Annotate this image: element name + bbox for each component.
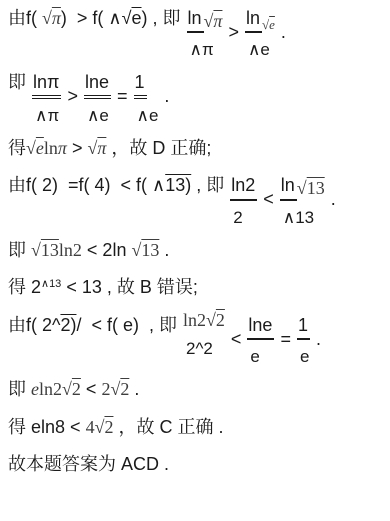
period: . bbox=[159, 239, 169, 262]
frac-ln-e-over-e: lne ∧e bbox=[84, 71, 111, 126]
text-run: 由f( bbox=[8, 7, 42, 30]
text-run: 即 bbox=[8, 71, 26, 94]
sqrt-2: √2 bbox=[95, 416, 114, 439]
text-run: 得 2 bbox=[8, 276, 41, 299]
radicand: 13 bbox=[307, 178, 325, 198]
denominator: ∧13 bbox=[283, 207, 314, 229]
numerator: 1 bbox=[134, 71, 147, 98]
radicand: 13 bbox=[141, 240, 159, 260]
numerator-ln: ln bbox=[187, 7, 204, 33]
numerator-one: 1 bbox=[134, 71, 147, 98]
solution-line-10: 故本题答案为 ACD . bbox=[8, 453, 388, 476]
denominator: ∧e bbox=[248, 39, 270, 61]
denominator: e bbox=[300, 346, 309, 368]
numerator-lne: lne bbox=[247, 314, 274, 340]
ln-text: ln bbox=[44, 138, 58, 158]
four-text: 4 bbox=[86, 416, 95, 439]
numerator-ln: ln bbox=[245, 7, 262, 33]
solution-line-2: 即 lnπ ∧π > lne ∧e = 1 ∧e . bbox=[8, 71, 388, 126]
text-run: / < f( e) , 即 bbox=[76, 314, 177, 337]
radicand: 2 bbox=[104, 417, 113, 437]
numerator: ln2 bbox=[230, 174, 257, 200]
radicand: 2 bbox=[216, 310, 225, 330]
ln2-text: ln2 bbox=[59, 239, 82, 262]
denominator: 2^2 bbox=[186, 338, 213, 360]
text-run: 即 bbox=[8, 239, 31, 262]
frac-lne-over-e: lne e bbox=[247, 314, 274, 368]
less-than-sign: < bbox=[231, 328, 242, 351]
sqrt-pi: √π bbox=[42, 7, 61, 30]
numerator: ln√π bbox=[187, 7, 223, 33]
frac-ln-pi-over-pi: lnπ ∧π bbox=[32, 71, 61, 126]
frac-ln-sqrt-pi-over-pi: ln√π ∧π bbox=[187, 7, 223, 61]
ln2-text: ln2 bbox=[183, 310, 206, 330]
text-run: < 2ln bbox=[82, 239, 132, 262]
numerator: 1 bbox=[297, 314, 310, 340]
numerator: lne bbox=[84, 71, 111, 98]
conclusion-d-correct: ，故 D 正确; bbox=[106, 137, 211, 160]
sqrt-e: √e bbox=[122, 7, 142, 30]
text-run: 由f( 2^ bbox=[8, 314, 60, 337]
solution-line-7: 由f( 2^ 2) / < f( e) , 即 ln2√2 2^2 < lne … bbox=[8, 314, 388, 368]
radicand: 2 bbox=[72, 379, 81, 399]
period: . bbox=[316, 328, 321, 351]
text-run: 得 bbox=[8, 137, 26, 160]
radical-sign: √ bbox=[297, 178, 307, 198]
exponent-13: ∧13 bbox=[41, 277, 61, 291]
ln2-sqrt2: ln2√2 bbox=[183, 309, 225, 332]
solution-line-6: 得 2 ∧13 < 13 , 故 B 错误; bbox=[8, 276, 388, 299]
overlined-13: 13) bbox=[165, 174, 191, 197]
text-run: 由f( 2) =f( 4) < f( ∧ bbox=[8, 174, 165, 197]
ln-pi: lnπ bbox=[44, 137, 67, 160]
greater-than-sign: > bbox=[67, 85, 78, 108]
text-run: ) > f( ∧ bbox=[61, 7, 122, 30]
numerator-one: 1 bbox=[297, 314, 310, 340]
denominator: 2 bbox=[233, 207, 242, 229]
radical-sign: √ bbox=[122, 8, 132, 28]
e-symbol: e bbox=[31, 378, 39, 401]
numerator: ln√e bbox=[245, 7, 275, 33]
sqrt-13: √13 bbox=[31, 239, 59, 262]
radicand: π bbox=[213, 11, 222, 31]
denominator: ∧e bbox=[137, 105, 159, 127]
radical-sign: √ bbox=[110, 379, 120, 399]
greater-than-sign: > bbox=[67, 137, 88, 160]
solution-line-3: 得 √e lnπ > √π ，故 D 正确; bbox=[8, 137, 388, 160]
frac-ln2-over-2: ln2 2 bbox=[230, 174, 257, 228]
less-than-sign: < bbox=[65, 416, 86, 439]
frac-one-over-e: 1 e bbox=[297, 314, 310, 368]
math-solution-page: 由f( √π ) > f( ∧ √e ) , 即 ln√π ∧π > ln√e … bbox=[0, 0, 390, 476]
equals-sign: = bbox=[117, 85, 128, 108]
text-run: 得 eln8 bbox=[8, 416, 65, 439]
sqrt-2: √2 bbox=[62, 378, 81, 401]
radicand: e bbox=[36, 138, 44, 158]
denominator: e bbox=[250, 346, 259, 368]
solution-line-9: 得 eln8 < 4 √2 ，故 C 正确 . bbox=[8, 416, 388, 439]
denominator: ∧π bbox=[190, 39, 214, 61]
sqrt-13: √13 bbox=[297, 177, 325, 200]
radical-sign: √ bbox=[42, 8, 52, 28]
numerator-ln: ln bbox=[280, 174, 297, 200]
less-than-sign: < bbox=[263, 188, 274, 211]
radicand: e bbox=[132, 8, 142, 28]
radicand: π bbox=[52, 8, 61, 28]
equals-sign: = bbox=[280, 328, 291, 351]
period: . bbox=[129, 378, 139, 401]
period: . bbox=[331, 188, 336, 211]
less-than-sign: < bbox=[81, 378, 102, 401]
radical-sign: √ bbox=[206, 310, 216, 330]
text-run: 即 bbox=[8, 378, 31, 401]
sqrt-e: √e bbox=[26, 137, 44, 160]
numerator: lnπ bbox=[32, 71, 61, 98]
solution-line-4: 由f( 2) =f( 4) < f( ∧ 13) , 即 ln2 2 < ln√… bbox=[8, 174, 388, 228]
overlined-2: 2) bbox=[60, 314, 76, 337]
conclusion-c-correct: ，故 C 正确 . bbox=[113, 416, 223, 439]
radical-sign: √ bbox=[31, 240, 41, 260]
sqrt-e: √e bbox=[262, 17, 275, 34]
numerator-ln2: ln2 bbox=[230, 174, 257, 200]
sqrt-pi: √π bbox=[87, 137, 106, 160]
frac-one-over-e: 1 ∧e bbox=[134, 71, 159, 126]
radical-sign: √ bbox=[131, 240, 141, 260]
frac-ln-sqrt13-over-13: ln√13 ∧13 bbox=[280, 174, 325, 228]
ln2-text: ln2 bbox=[39, 378, 62, 401]
radicand: π bbox=[97, 138, 106, 158]
greater-than-sign: > bbox=[228, 21, 239, 44]
numerator: ln√13 bbox=[280, 174, 325, 200]
text-run: , 即 bbox=[191, 174, 224, 197]
numerator-lnpi: lnπ bbox=[32, 71, 61, 98]
period: . bbox=[281, 21, 286, 44]
solution-line-1: 由f( √π ) > f( ∧ √e ) , 即 ln√π ∧π > ln√e … bbox=[8, 7, 388, 61]
sqrt-2: √2 bbox=[110, 378, 129, 401]
radicand: 2 bbox=[120, 379, 129, 399]
pi-symbol: π bbox=[58, 138, 67, 158]
radical-sign: √ bbox=[26, 138, 36, 158]
radical-sign: √ bbox=[204, 11, 214, 31]
frac-ln-sqrt-e-over-e: ln√e ∧e bbox=[245, 7, 275, 61]
denominator: ∧π bbox=[35, 105, 59, 127]
numerator-lne: lne bbox=[84, 71, 111, 98]
radical-sign: √ bbox=[87, 138, 97, 158]
radical-sign: √ bbox=[62, 379, 72, 399]
solution-line-5: 即 √13 ln2 < 2ln √13 . bbox=[8, 239, 388, 262]
frac-ln2sqrt2-over-2pow2: ln2√2 2^2 bbox=[183, 309, 225, 360]
final-answer-acd: 故本题答案为 ACD . bbox=[8, 453, 169, 476]
radicand: e bbox=[269, 17, 275, 32]
text-run: ) , 即 bbox=[142, 7, 181, 30]
period: . bbox=[164, 85, 169, 108]
numerator: lne bbox=[247, 314, 274, 340]
sqrt-13: √13 bbox=[131, 239, 159, 262]
numerator: ln2√2 bbox=[183, 309, 225, 332]
conclusion-b-wrong: < 13 , 故 B 错误; bbox=[61, 276, 198, 299]
two-text: 2 bbox=[101, 378, 110, 401]
radical-sign: √ bbox=[95, 417, 105, 437]
radicand: 13 bbox=[41, 240, 59, 260]
denominator: ∧e bbox=[87, 105, 109, 127]
sqrt-pi: √π bbox=[204, 10, 223, 33]
solution-line-8: 即 e ln2 √2 < 2 √2 . bbox=[8, 378, 388, 401]
